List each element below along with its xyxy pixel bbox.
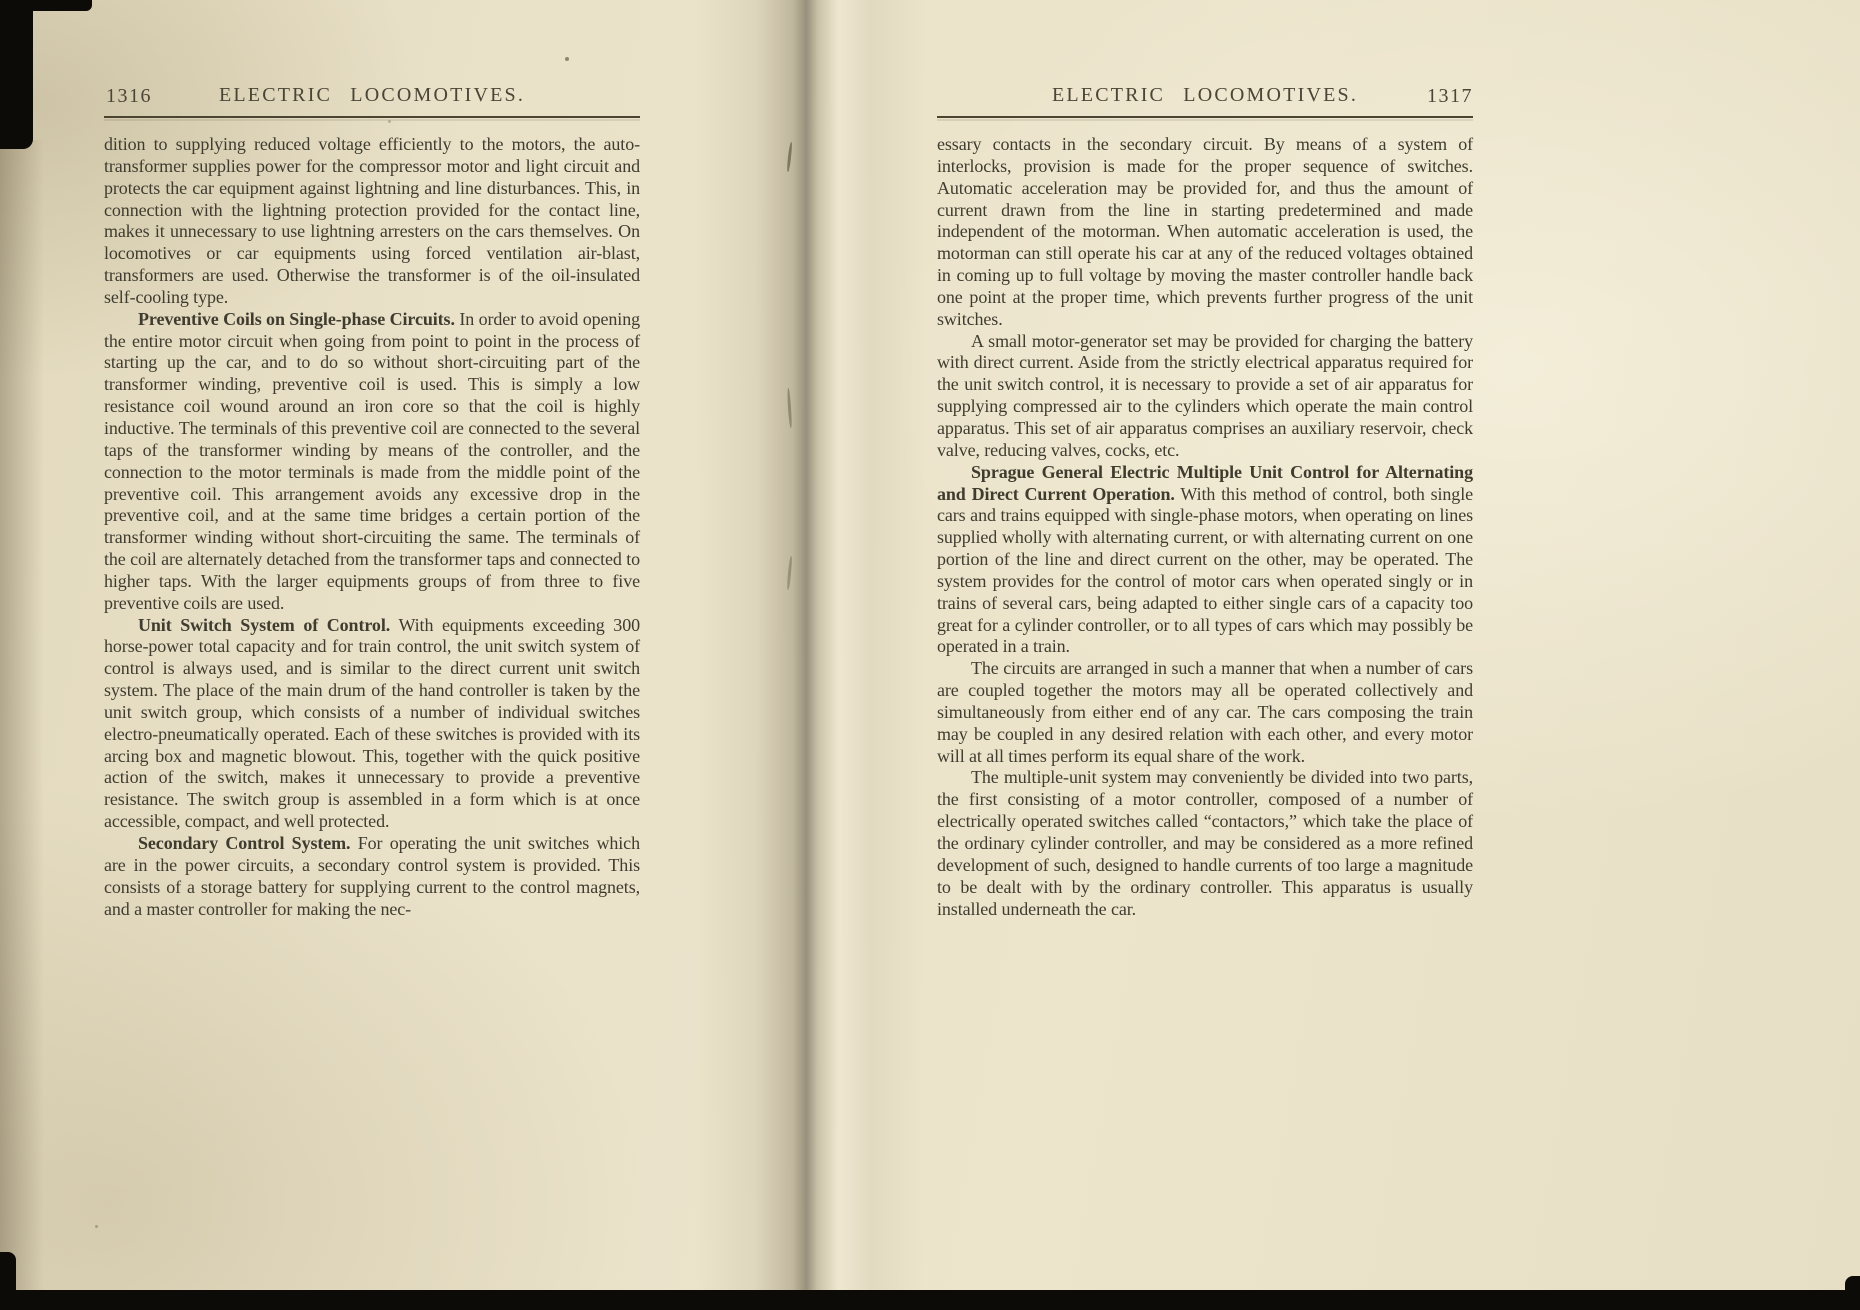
right-page: ELECTRIC LOCOMOTIVES. 1317 essary contac… <box>937 84 1473 920</box>
paragraph: Sprague General Electric Multiple Unit C… <box>937 462 1473 659</box>
paragraph-text: The circuits are arranged in such a mann… <box>937 658 1473 765</box>
left-page: 1316 ELECTRIC LOCOMOTIVES. dition to sup… <box>104 84 640 920</box>
paragraph-text: essary contacts in the secondary circuit… <box>937 134 1473 329</box>
paragraph: essary contacts in the secondary circuit… <box>937 134 1473 331</box>
scan-edge-top-left <box>0 0 33 149</box>
right-header-rule <box>937 116 1473 118</box>
left-page-body: dition to supplying reduced voltage effi… <box>104 134 640 920</box>
paragraph: Preventive Coils on Single-phase Circuit… <box>104 309 640 615</box>
paper-speck <box>95 1225 98 1228</box>
book-gutter-shadow <box>696 0 926 1310</box>
paragraph: Secondary Control System. For operating … <box>104 833 640 920</box>
right-page-header: ELECTRIC LOCOMOTIVES. 1317 <box>937 84 1473 111</box>
right-page-number: 1317 <box>1427 85 1473 108</box>
left-page-number: 1316 <box>106 85 152 108</box>
left-running-title: ELECTRIC LOCOMOTIVES. <box>104 84 640 107</box>
paragraph-text: dition to supplying reduced voltage effi… <box>104 134 640 307</box>
paragraph-text: In order to avoid opening the entire mot… <box>104 309 640 613</box>
right-running-title: ELECTRIC LOCOMOTIVES. <box>937 84 1473 107</box>
paragraph-text: The multiple-unit system may convenientl… <box>937 767 1473 918</box>
left-header-rule <box>104 116 640 118</box>
paper-speck <box>565 57 569 61</box>
left-page-header: 1316 ELECTRIC LOCOMOTIVES. <box>104 84 640 111</box>
left-page-edge-shadow <box>0 140 44 1290</box>
paragraph-text: With equipments exceeding 300 horse-powe… <box>104 615 640 832</box>
scan-edge-top-sliver <box>0 0 92 11</box>
scan-edge-bottom-right <box>1845 1276 1860 1310</box>
paragraph-text: With this method of control, both single… <box>937 484 1473 657</box>
paragraph-heading: Preventive Coils on Single-phase Circuit… <box>138 309 455 329</box>
paragraph: The circuits are arranged in such a mann… <box>937 658 1473 767</box>
scan-edge-bottom-left <box>0 1252 16 1310</box>
scan-edge-bottom <box>0 1290 1860 1310</box>
paragraph-heading: Unit Switch System of Control. <box>138 615 390 635</box>
paragraph: dition to supplying reduced voltage effi… <box>104 134 640 309</box>
paragraph: The multiple-unit system may convenientl… <box>937 767 1473 920</box>
paragraph: A small motor-generator set may be provi… <box>937 331 1473 462</box>
paragraph-text: A small motor-generator set may be provi… <box>937 331 1473 460</box>
paragraph: Unit Switch System of Control. With equi… <box>104 615 640 833</box>
paragraph-heading: Secondary Control System. <box>138 833 350 853</box>
right-page-body: essary contacts in the secondary circuit… <box>937 134 1473 920</box>
